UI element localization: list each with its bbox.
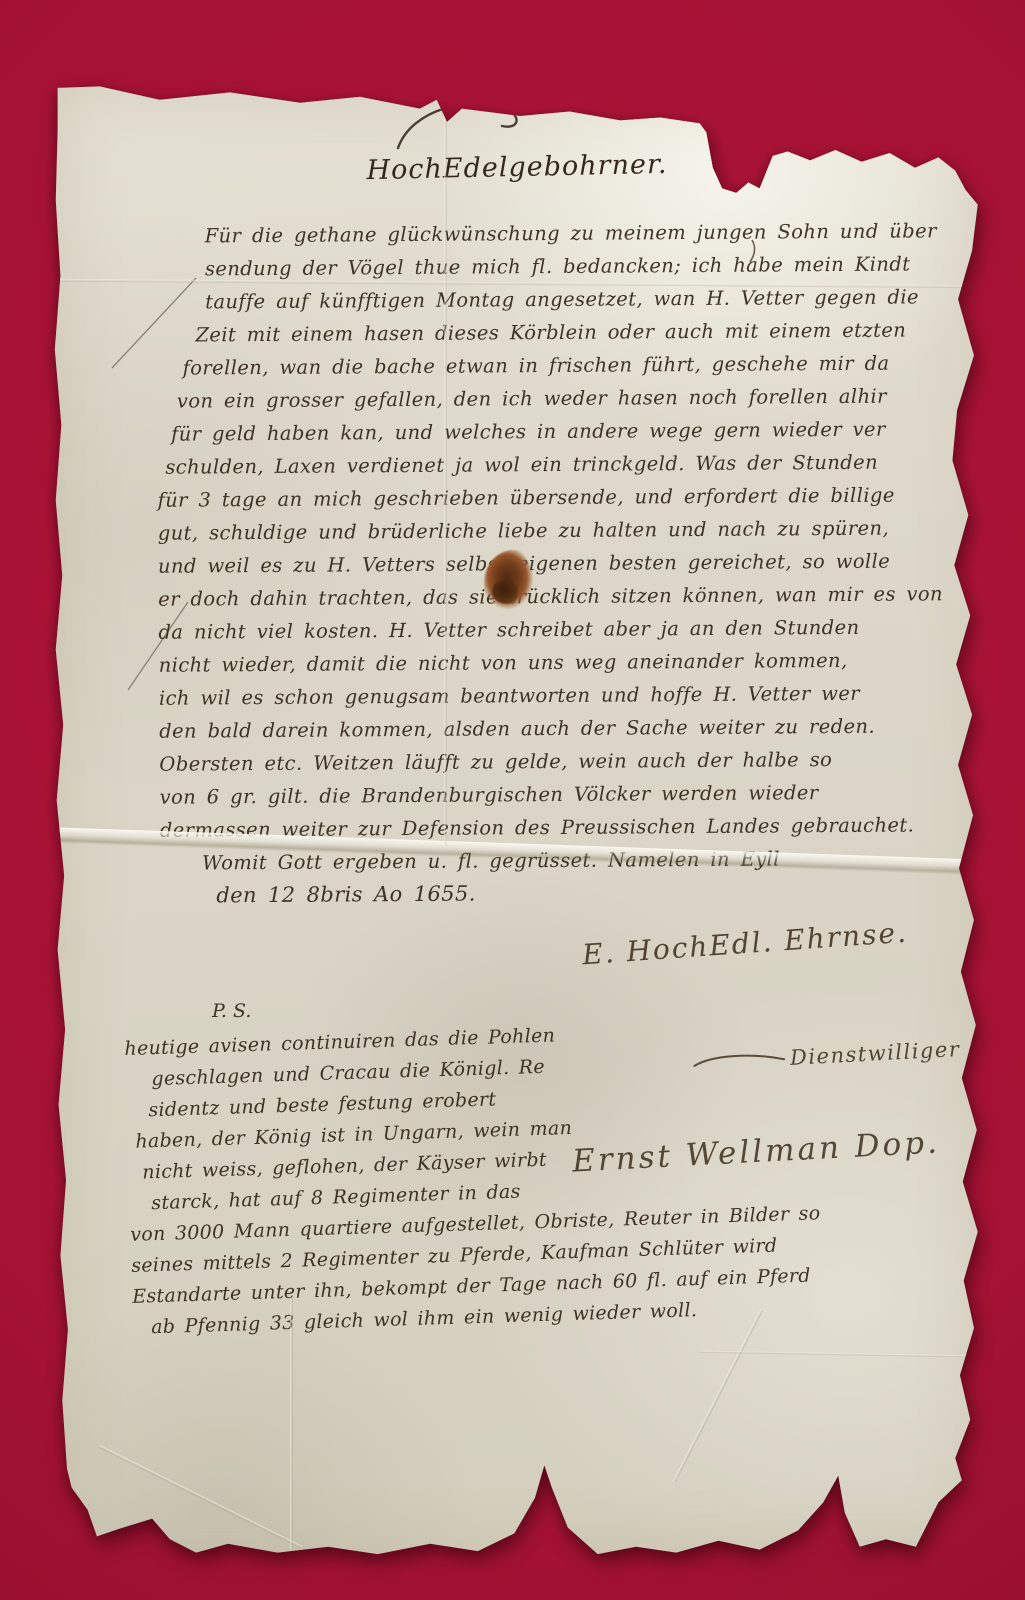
pen-swoosh-icon [692, 1049, 789, 1074]
red-cloth-backdrop: HochEdelgebohrner. Für die gethane glück… [0, 0, 1025, 1600]
letter-line: dermassen weiter zur Defension des Preus… [154, 808, 954, 847]
letter-line: von ein grosser gefallen, den ich weder … [151, 379, 951, 418]
letter-line: den bald darein kommen, alsden auch der … [153, 709, 953, 748]
letter-line: den 12 8bris Ao 1655. [154, 874, 954, 913]
letter-line: tauffe auf künfftigen Montag angesetzet,… [150, 280, 950, 319]
letter-paper: HochEdelgebohrner. Für die gethane glück… [52, 82, 988, 1560]
photo-of-letter: { "scene": { "backdrop_color": "#a51234"… [0, 0, 1025, 1600]
letter-line: da nicht viel kosten. H. Vetter schreibe… [152, 610, 952, 649]
letter-line: gut, schuldige und brüderliche liebe zu … [152, 511, 952, 550]
letter-line: ich wil es schon genugsam beantworten un… [153, 676, 953, 715]
letter-body: Für die gethane glückwünschung zu meinem… [150, 214, 955, 913]
letter-line: forellen, wan die bache etwan in frische… [151, 346, 951, 385]
letter-line: sendung der Vögel thue mich fl. bedancke… [150, 247, 950, 286]
letter-line: nicht wieder, damit die nicht von uns we… [153, 643, 953, 682]
letter-line: er doch dahin trachten, das sie trücklic… [152, 577, 952, 616]
letter-line: Obersten etc. Weitzen läufft zu gelde, w… [153, 742, 953, 781]
wax-ink-stain [484, 550, 536, 620]
letter-line: Für die gethane glückwünschung zu meinem… [150, 214, 950, 253]
postscript-label: P. S. [212, 1000, 251, 1022]
letter-line: schulden, Laxen verdienet ja wol ein tri… [151, 445, 951, 484]
pen-curl-icon [398, 104, 517, 148]
letter-line: für 3 tage an mich geschrieben übersende… [151, 478, 951, 517]
letter-line: für geld haben kan, und welches in ander… [151, 412, 951, 451]
letter-line: Zeit mit einem hasen dieses Körblein ode… [150, 313, 950, 352]
letter-line: Womit Gott ergeben u. fl. gegrüsset. Nam… [154, 841, 954, 880]
letter-line: und weil es zu H. Vetters selbst eigenen… [152, 544, 952, 583]
letter-line: von 6 gr. gilt. die Brandenburgischen Vö… [154, 775, 954, 814]
letter-paper-shadow: HochEdelgebohrner. Für die gethane glück… [52, 82, 988, 1560]
